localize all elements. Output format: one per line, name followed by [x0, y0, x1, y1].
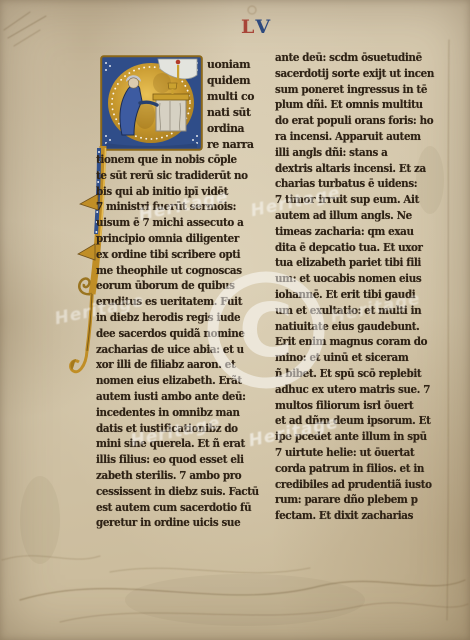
- text-line: me theophile ut cognoscas: [96, 263, 259, 279]
- text-line: um et exultatio: et multi in: [275, 303, 434, 319]
- text-line: uoniam: [207, 56, 254, 72]
- text-line: do erat populi orans foris: ho: [275, 113, 434, 129]
- text-line: bis qui ab initio ipī vidēt: [96, 184, 259, 200]
- text-line: xor illi de filiabz aaron. et: [96, 357, 259, 373]
- figure-head: [128, 78, 138, 88]
- text-line: zabeth sterilis. 7 ambo pro: [96, 468, 259, 484]
- text-line: et ad dñm deum ipsorum. Et: [275, 413, 434, 429]
- text-line: adhuc ex utero matris sue. 7: [275, 382, 434, 398]
- text-line: tionem que in nobis cōple: [96, 152, 259, 168]
- text-line: te sūt rerū sic tradiderūt no: [96, 168, 259, 184]
- text-line: multi co: [207, 88, 254, 104]
- text-line: nati sūt: [207, 104, 254, 120]
- text-line: dee sacerdos quidã nomine: [96, 326, 259, 342]
- text-line: cessissent in diebz suis. Factū: [96, 484, 259, 500]
- tail-barb: [78, 244, 95, 260]
- text-line: autem ad illum angls. Ne: [275, 208, 434, 224]
- text-line: mino: et uinū et siceram: [275, 350, 434, 366]
- text-line: sacerdotij sorte exijt ut incen: [275, 66, 434, 82]
- text-line: timeas zacharia: qm exau: [275, 224, 434, 240]
- text-line: credibiles ad prudentiã iusto: [275, 477, 434, 493]
- manuscript-leaf-photo: LV: [0, 0, 470, 640]
- text-line: principio omnia diligenter: [96, 231, 259, 247]
- folio-letter-v: V: [255, 16, 270, 38]
- text-line: natiuitate eius gaudebunt.: [275, 319, 434, 335]
- text-line: charias turbatus ē uidens:: [275, 176, 434, 192]
- text-line: um: et uocabis nomen eius: [275, 271, 434, 287]
- text-line: dextris altaris incensi. Et za: [275, 161, 434, 177]
- text-line: 7 ministri fuerūt sermōis:: [96, 199, 259, 215]
- text-line: eorum ūborum de quibus: [96, 278, 259, 294]
- text-line: 7 timor irruit sup eum. Ait: [275, 192, 434, 208]
- text-line: ex ordine tibi scribere opti: [96, 247, 259, 263]
- text-line: mini sine querela. Et ñ erat: [96, 436, 259, 452]
- text-line: zacharias de uice abia: et u: [96, 342, 259, 358]
- text-line: dita ē depcatio tua. Et uxor: [275, 240, 434, 256]
- text-line: autem iusti ambo ante deū:: [96, 389, 259, 405]
- text-line: incedentes in omnibz man: [96, 405, 259, 421]
- text-line: in diebz herodis regis iude: [96, 310, 259, 326]
- text-line: datis et iustificationibz do: [96, 421, 259, 437]
- text-line: est autem cum sacerdotio fū: [96, 500, 259, 516]
- text-line: tua elizabeth pariet tibi fili: [275, 255, 434, 271]
- left-text-column: tionem que in nobis cōplete sūt rerū sic…: [96, 152, 259, 531]
- text-line: ipe pcedet ante illum in spū: [275, 429, 434, 445]
- text-line: re narra: [207, 136, 254, 152]
- illuminated-initial-q: [100, 55, 203, 151]
- text-line: illis filius: eo quod esset eli: [96, 452, 259, 468]
- text-line: ante deū: scdm ōsuetudinē: [275, 50, 434, 66]
- text-line: geretur in ordine uicis sue: [96, 515, 259, 531]
- text-line: corda patrum in filios. et in: [275, 461, 434, 477]
- text-line: rum: parare dño plebem p: [275, 492, 434, 508]
- text-line: fectam. Et dixit zacharias: [275, 508, 434, 524]
- text-line: ra incensi. Apparuit autem: [275, 129, 434, 145]
- text-line: uisum ē 7 michi assecuto a: [96, 215, 259, 231]
- gold-vessel: [168, 83, 177, 89]
- text-line: nomen eius elizabeth. Erãt: [96, 373, 259, 389]
- text-line: illi angls dñi: stans a: [275, 145, 434, 161]
- text-line: sum poneret ingressus in tē: [275, 82, 434, 98]
- text-line: ordina: [207, 120, 254, 136]
- text-line: 7 uirtute helie: ut ōuertat: [275, 445, 434, 461]
- text-line: multos filiorum isrl ōuert: [275, 398, 434, 414]
- candle-flame: [176, 60, 181, 65]
- folio-letter-l: L: [241, 16, 254, 38]
- folio-number: LV: [241, 16, 270, 38]
- text-line: plum dñi. Et omnis multitu: [275, 97, 434, 113]
- text-line: Erit enim magnus coram do: [275, 334, 434, 350]
- text-line: eruditus es ueritatem. Fuit: [96, 294, 259, 310]
- altar-top: [153, 94, 189, 100]
- text-line: quidem: [207, 72, 254, 88]
- left-column-opening-lines: uoniamquidemmulti conati sūtordinare nar…: [207, 56, 254, 153]
- text-line: iohannē. Et erit tibi gaudi: [275, 287, 434, 303]
- text-line: ñ bibet. Et spū scō replebit: [275, 366, 434, 382]
- right-text-column: ante deū: scdm ōsuetudinēsacerdotij sort…: [275, 50, 434, 524]
